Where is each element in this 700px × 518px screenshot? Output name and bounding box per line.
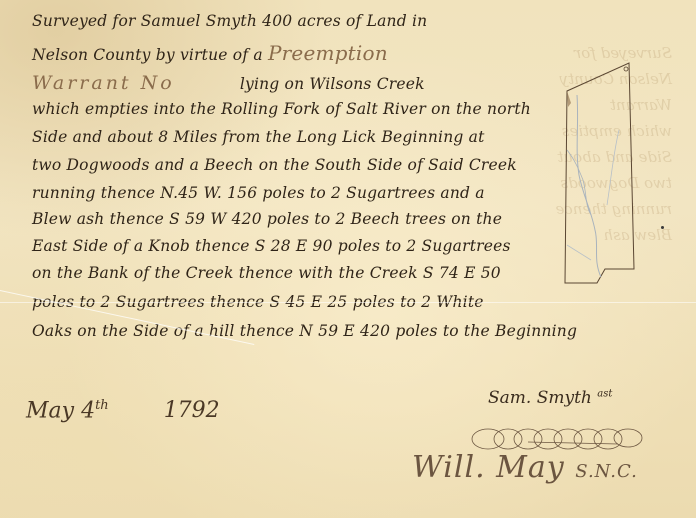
survey-plat-drawing bbox=[555, 55, 665, 295]
surveyor-name: Will. May bbox=[412, 450, 565, 485]
assignee-name: Sam. Smyth bbox=[488, 388, 592, 408]
creek-name: lying on Wilsons Creek bbox=[240, 75, 425, 93]
body-line-2-text: Nelson County by virtue of a bbox=[32, 46, 263, 64]
body-line-12: Oaks on the Side of a hill thence N 59 E… bbox=[32, 322, 577, 340]
body-line-6: two Dogwoods and a Beech on the South Si… bbox=[32, 156, 517, 174]
body-line-10: on the Bank of the Creek thence with the… bbox=[32, 264, 501, 282]
body-line-7: running thence N.45 W. 156 poles to 2 Su… bbox=[32, 184, 485, 202]
body-line-3: Warrant No lying on Wilsons Creek bbox=[32, 72, 425, 94]
document-page: Surveyed forNelson CountyWarrantwhich em… bbox=[0, 0, 696, 518]
assignee-signature: Sam. Smyth ast bbox=[488, 388, 612, 408]
warrant-no: Warrant No bbox=[32, 72, 175, 94]
surveyor-suffix: S.N.C. bbox=[575, 461, 638, 482]
body-line-8: Blew ash thence S 59 W 420 poles to 2 Be… bbox=[32, 210, 502, 228]
assignee-suffix: ast bbox=[597, 388, 612, 399]
body-line-9: East Side of a Knob thence S 28 E 90 pol… bbox=[32, 237, 511, 255]
date-day: 4 bbox=[81, 398, 95, 423]
body-line-5: Side and about 8 Miles from the Long Lic… bbox=[32, 128, 485, 146]
body-line-2: Nelson County by virtue of a Preemption bbox=[32, 41, 388, 65]
surveyor-signature: Will. May S.N.C. bbox=[412, 450, 638, 485]
ink-dot bbox=[661, 226, 664, 229]
paper-fold-line bbox=[0, 302, 696, 303]
warrant-type: Preemption bbox=[268, 41, 388, 65]
body-line-1: Surveyed for Samuel Smyth 400 acres of L… bbox=[32, 12, 427, 30]
date-year: 1792 bbox=[164, 398, 220, 423]
scan-edge bbox=[696, 0, 700, 518]
date-day-suffix: th bbox=[95, 398, 109, 413]
date-month: May bbox=[26, 398, 74, 423]
document-date: May 4th 1792 bbox=[26, 398, 220, 423]
body-line-4: which empties into the Rolling Fork of S… bbox=[32, 100, 531, 118]
